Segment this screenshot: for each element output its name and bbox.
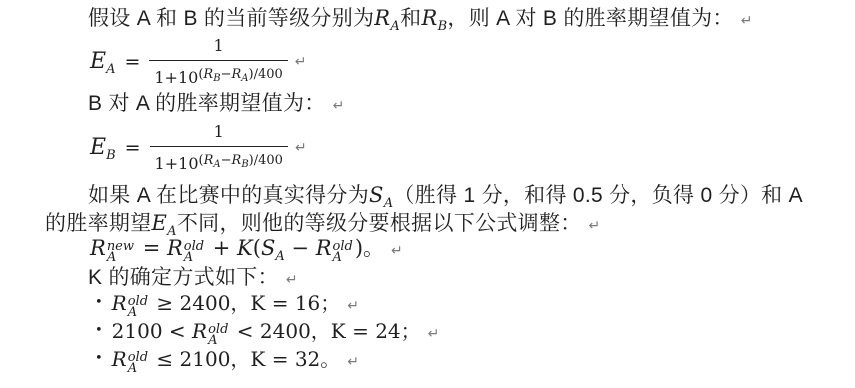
paragraph-mark-icon: ↵ — [295, 136, 307, 160]
paragraph-mark-icon: ↵ — [741, 13, 753, 29]
equals-sign: = — [136, 236, 167, 260]
paragraph-mark-icon: ↵ — [589, 218, 601, 234]
paragraph-line-1: 如果 A 在比赛中的真实得分为SA（胜得 1 分，和得 0.5 分，负得 0 分… — [88, 183, 803, 208]
paragraph-mark-icon: ↵ — [295, 50, 307, 74]
bullet-icon: • — [95, 351, 103, 366]
minus-sign: − — [285, 236, 316, 260]
k-rule-item-3: •RoldA ≤ 2100，K = 32。↵ — [95, 347, 359, 374]
fraction: 1 1+10(RB−RA)/400 — [149, 34, 287, 90]
text-run: B 对 A 的胜率期望值为： — [88, 92, 326, 115]
close-paren: ) — [355, 236, 363, 260]
bullet-icon: • — [95, 295, 103, 310]
line-b-expectation: B 对 A 的胜率期望值为：↵ — [88, 92, 345, 118]
math-lhs-ea: EA — [90, 50, 115, 74]
math-var-r-old: R — [192, 319, 207, 343]
math-var-r-old: R — [112, 291, 127, 315]
fraction-denominator: 1+10(RB−RA)/400 — [149, 60, 287, 90]
bullet-icon: • — [95, 323, 103, 338]
text-run: 的胜率期望 — [45, 212, 152, 235]
k-rule-item-2: •2100 < RoldA < 2400，K = 24；↵ — [95, 319, 439, 346]
formula-ea: EA = 1 1+10(RB−RA)/400 ↵ — [90, 34, 307, 90]
exponent: (RB−RA)/400 — [198, 67, 282, 82]
intro-line: 假设 A 和 B 的当前等级分别为RA和RB，则 A 对 B 的胜率期望值为：↵ — [88, 6, 753, 33]
math-var-k: K — [237, 236, 253, 260]
fraction-denominator: 1+10(RA−RB)/400 — [150, 146, 288, 176]
math-var-rb: RB — [421, 6, 447, 30]
text-run: ，则 A 对 B 的胜率期望值为： — [447, 7, 733, 30]
equals-sign: = — [124, 50, 140, 74]
supsub: newA — [107, 241, 134, 263]
paragraph-line-2: 的胜率期望EA不同，则他的等级分要根据以下公式调整：↵ — [45, 211, 601, 238]
text-run: K 的确定方式如下： — [88, 266, 279, 289]
formula-update: RnewA = RoldA + K(SA − RoldA)。↵ — [90, 236, 403, 263]
paragraph-mark-icon: ↵ — [391, 243, 403, 259]
formula-eb: EB = 1 1+10(RA−RB)/400 ↵ — [90, 120, 307, 176]
k-rule-heading: K 的确定方式如下：↵ — [88, 266, 298, 292]
text-run: 2100 < — [112, 319, 192, 343]
paragraph-mark-icon: ↵ — [333, 98, 345, 114]
supsub: oldA — [333, 241, 353, 263]
math-var-ea: EA — [152, 211, 177, 235]
supsub: oldA — [184, 241, 204, 263]
math-lhs-eb: EB — [90, 136, 116, 160]
k-rule-item-1: •RoldA ≥ 2400，K = 16；↵ — [95, 291, 359, 318]
text-run: 如果 A 在比赛中的真实得分为 — [88, 184, 369, 207]
text-run: ≥ 2400，K = 16； — [150, 291, 340, 315]
supsub: oldA — [128, 352, 148, 374]
fraction: 1 1+10(RA−RB)/400 — [150, 120, 288, 176]
paragraph-mark-icon: ↵ — [286, 272, 298, 288]
text-run: 和 — [400, 7, 421, 30]
math-var-ra: RA — [374, 6, 400, 30]
math-var-r-old2: R — [316, 236, 332, 260]
text-run: （胜得 1 分，和得 0.5 分，负得 0 分）和 A — [393, 184, 803, 207]
period: 。 — [363, 236, 384, 260]
text-run: 不同，则他的等级分要根据以下公式调整： — [177, 212, 582, 235]
text-run: ≤ 2100，K = 32。 — [150, 347, 340, 371]
fraction-numerator: 1 — [149, 34, 287, 60]
paragraph-mark-icon: ↵ — [428, 326, 440, 342]
open-paren: ( — [253, 236, 261, 260]
supsub: oldA — [128, 296, 148, 318]
text-run: 假设 A 和 B 的当前等级分别为 — [88, 7, 374, 30]
supsub: oldA — [208, 324, 228, 346]
paragraph-mark-icon: ↵ — [347, 298, 359, 314]
paragraph-mark-icon: ↵ — [347, 354, 359, 370]
exponent: (RA−RB)/400 — [199, 153, 283, 168]
equals-sign: = — [125, 136, 141, 160]
math-var-r-new: R — [90, 236, 106, 260]
math-var-sa: SA — [369, 183, 393, 207]
text-run: < 2400，K = 24； — [230, 319, 420, 343]
document-page: 假设 A 和 B 的当前等级分别为RA和RB，则 A 对 B 的胜率期望值为：↵… — [0, 0, 855, 388]
math-var-r-old: R — [112, 347, 127, 371]
math-var-s: S — [261, 236, 275, 260]
plus-sign: + — [206, 236, 237, 260]
fraction-numerator: 1 — [150, 120, 288, 146]
math-var-r-old: R — [167, 236, 183, 260]
